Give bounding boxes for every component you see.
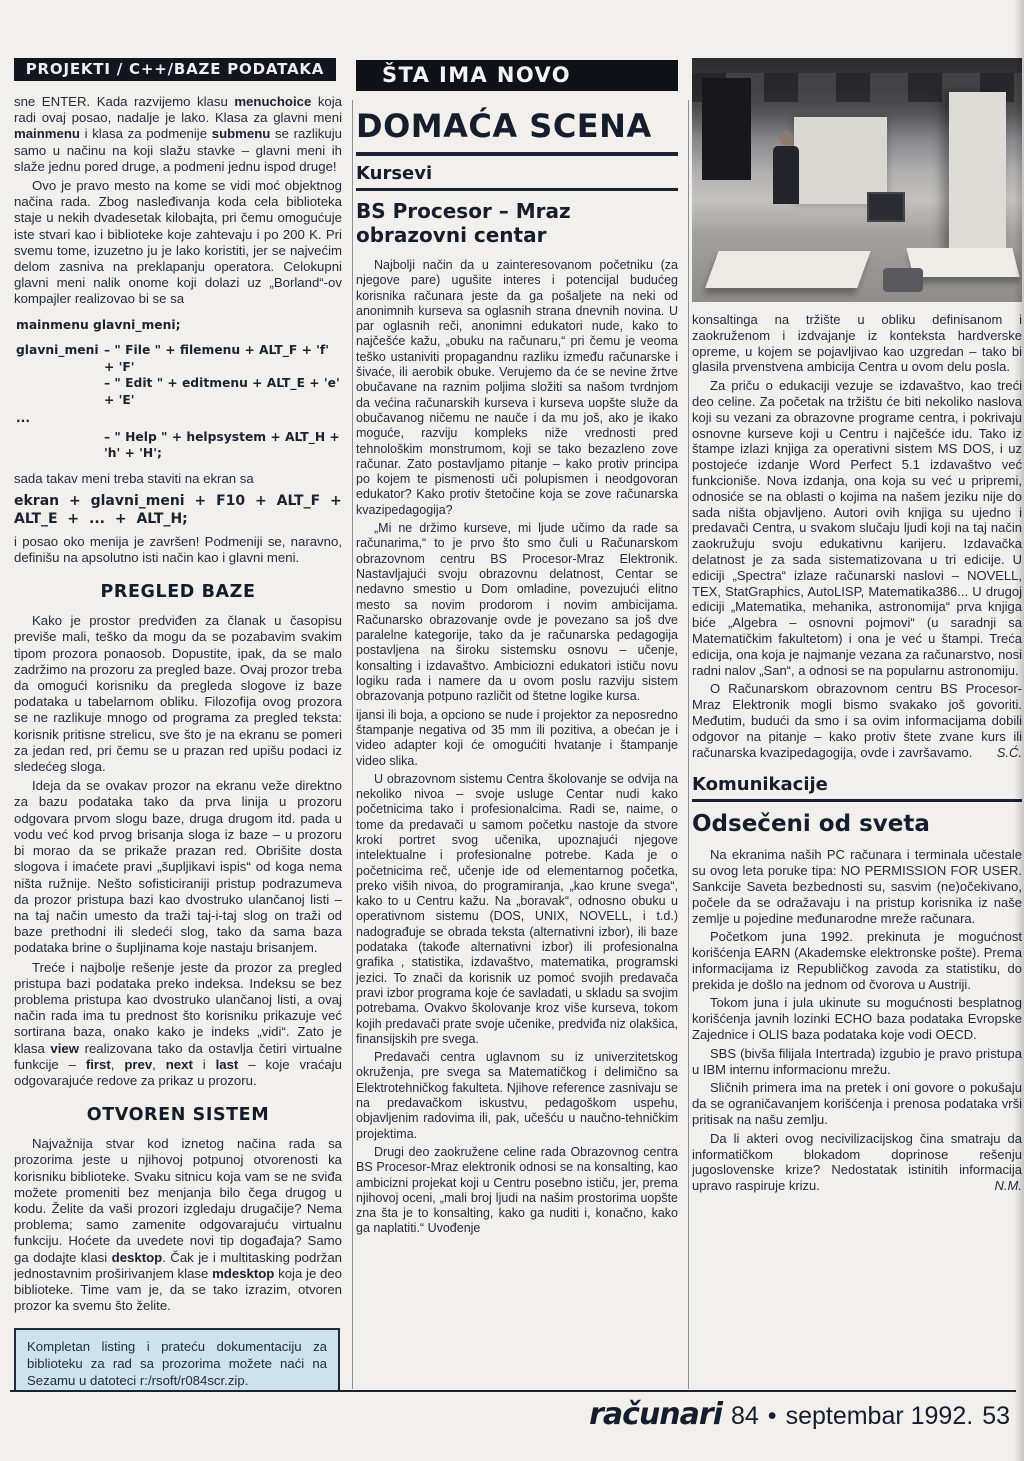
- photo-person: [773, 146, 799, 204]
- code-listing: mainmenu glavni_meni; glavni_meni – " Fi…: [16, 317, 342, 462]
- code-line: ...: [16, 410, 342, 427]
- code-line: – " Help " + helpsystem + ALT_H + 'h' + …: [16, 429, 342, 462]
- right-column: konsaltinga na tržište u obliku definisa…: [692, 56, 1022, 1392]
- column-rule: [352, 100, 353, 1389]
- column-rule: [688, 100, 689, 1389]
- paragraph: Kako je prostor predviđen za članak u ča…: [14, 613, 342, 775]
- paragraph: Najvažnija stvar kod iznetog načina rada…: [14, 1136, 342, 1314]
- photo-desk: [705, 251, 870, 288]
- paragraph: „Mi ne držimo kurseve, mi ljude učimo da…: [356, 521, 678, 705]
- author-initials: N.M.: [977, 1178, 1022, 1194]
- left-column: PROJEKTI / C++/BAZE PODATAKA sne ENTER. …: [14, 56, 342, 1392]
- photo-person-head: [779, 131, 793, 145]
- photo-wall-panel: [794, 117, 886, 205]
- paragraph: Na ekranima naših PC računara i terminal…: [692, 847, 1022, 926]
- code-line: mainmenu glavni_meni;: [16, 317, 342, 334]
- left-kicker-bar: PROJEKTI / C++/BAZE PODATAKA: [14, 58, 336, 81]
- article-title: BS Procesor – Mraz obrazovni centar: [356, 199, 678, 247]
- code-item: – " Edit " + editmenu + ALT_E + 'e' + 'E…: [104, 375, 342, 408]
- page-number: 53: [982, 1402, 1010, 1431]
- paragraph: Tokom juna i jula ukinute su mogućnosti …: [692, 995, 1022, 1042]
- paragraph: SBS (bivša filijala Intertrada) izgubio …: [692, 1046, 1022, 1078]
- photo-doorway: [702, 78, 752, 180]
- code-expression: ekran + glavni_meni + F10 + ALT_F + ALT_…: [14, 492, 342, 528]
- author-initials: S.Ć.: [979, 745, 1022, 761]
- article-title: Odsečeni od sveta: [692, 811, 1022, 837]
- magazine-page: PROJEKTI / C++/BAZE PODATAKA sne ENTER. …: [0, 0, 1024, 1461]
- rubric-heading: Komunikacije: [692, 774, 1022, 802]
- footer-rule: [10, 1390, 1016, 1392]
- magazine-logo: računari: [589, 1397, 722, 1432]
- paragraph: Za priču o edukaciji vezuje se izdavaštv…: [692, 378, 1022, 678]
- photo-monitor: [867, 192, 905, 222]
- section-title: DOMAĆA SCENA: [356, 107, 678, 156]
- photo-cabinet: [949, 92, 1005, 253]
- article-photo: [692, 58, 1022, 302]
- paragraph: Da li akteri ovog necivilizacijskog čina…: [692, 1131, 1022, 1194]
- code-item: – " File " + filemenu + ALT_F + 'f' + 'F…: [104, 342, 342, 375]
- paragraph: Treće i najbolje rešenje jeste da prozor…: [14, 960, 342, 1090]
- photo-chair: [883, 268, 923, 292]
- code-item: – " Help " + helpsystem + ALT_H + 'h' + …: [104, 429, 342, 462]
- code-line: glavni_meni – " File " + filemenu + ALT_…: [16, 342, 342, 375]
- paragraph: sne ENTER. Kada razvijemo klasu menuchoi…: [14, 94, 342, 175]
- paragraph-text: Da li akteri ovog necivilizacijskog čina…: [692, 1131, 1022, 1193]
- code-label: [16, 375, 104, 408]
- code-label: glavni_meni: [16, 342, 104, 375]
- paragraph: i posao oko menija je završen! Podmeniji…: [14, 534, 342, 566]
- paragraph: O Računarskom obrazovnom centru BS Proce…: [692, 681, 1022, 760]
- section-heading: OTVOREN SISTEM: [14, 1105, 342, 1125]
- paragraph: ijansi ili boja, a opciono se nude i pro…: [356, 708, 678, 769]
- paragraph: sada takav meni treba staviti na ekran s…: [14, 471, 342, 487]
- code-line: – " Edit " + editmenu + ALT_E + 'e' + 'E…: [16, 375, 342, 408]
- page-footer: računari 84 • septembar 1992. 53: [589, 1397, 1010, 1432]
- paragraph-text: O Računarskom obrazovnom centru BS Proce…: [692, 681, 1022, 759]
- section-heading: PREGLED BAZE: [14, 582, 342, 602]
- paragraph: Sličnih primera ima na pretek i oni govo…: [692, 1080, 1022, 1127]
- middle-column: ŠTA IMA NOVO DOMAĆA SCENA Kursevi BS Pro…: [356, 56, 678, 1392]
- code-label: [16, 429, 104, 462]
- paragraph: Najbolji način da u zainteresovanom poče…: [356, 258, 678, 518]
- download-info-box: Kompletan listing i prateću dokumentacij…: [14, 1328, 340, 1392]
- paragraph: U obrazovnom sistemu Centra školovanje s…: [356, 772, 678, 1047]
- paragraph: konsaltinga na tržište u obliku definisa…: [692, 312, 1022, 375]
- paragraph: Predavači centra uglavnom su iz univerzi…: [356, 1050, 678, 1142]
- footer-bullet: •: [768, 1402, 777, 1431]
- paragraph: Drugi deo zaokružene celine rada Obrazov…: [356, 1145, 678, 1237]
- issue-date: septembar 1992.: [786, 1402, 974, 1431]
- issue-number: 84: [731, 1402, 759, 1431]
- paragraph: Početkom juna 1992. prekinuta je mogućno…: [692, 929, 1022, 992]
- photo-desk: [906, 248, 1019, 277]
- columns: PROJEKTI / C++/BAZE PODATAKA sne ENTER. …: [14, 56, 1022, 1392]
- rubric-heading: Kursevi: [356, 163, 678, 191]
- paragraph: Ideja da se ovakav prozor na ekranu veže…: [14, 778, 342, 956]
- paragraph: Ovo je pravo mesto na kome se vidi moć o…: [14, 178, 342, 308]
- middle-kicker-bar: ŠTA IMA NOVO: [356, 60, 678, 91]
